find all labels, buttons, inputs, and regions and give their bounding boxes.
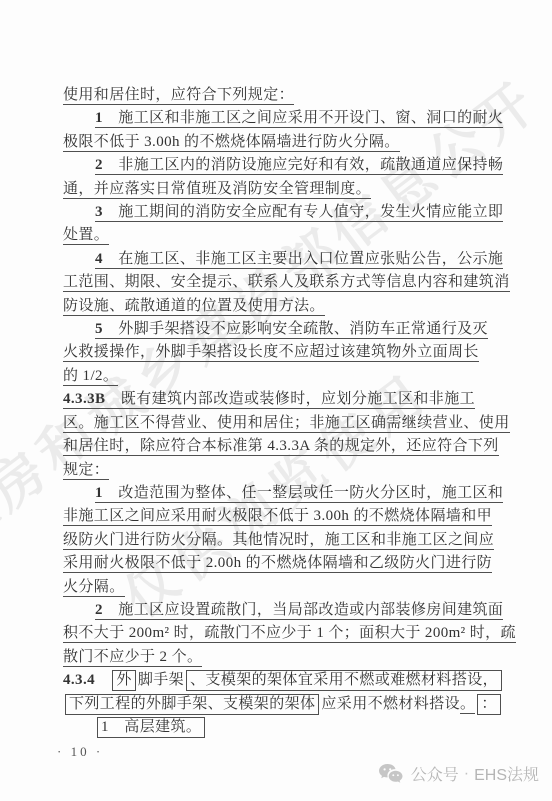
text-segment: 既有建筑内部改造或装修时，应划分施工区和非施工 xyxy=(105,391,475,409)
text-line: 使用和居住时，应符合下列规定： xyxy=(63,84,518,107)
text-line: 防设施、疏散通道的位置及使用方法。 xyxy=(63,295,518,318)
wechat-icon xyxy=(377,763,404,785)
text-segment: 的 1/2。 xyxy=(63,368,118,386)
text-segment: 防设施、疏散通道的位置及使用方法。 xyxy=(63,298,325,316)
text-segment: 规定： xyxy=(63,462,109,480)
text-segment: 在施工区、非施工区主要出入口位置应张贴公告，公示施 xyxy=(103,251,503,269)
text-line: 级防火门进行防火分隔。其他情况时，施工区和非施工区之间应 xyxy=(63,529,518,552)
text-line: 散门不应少于 2 个。 xyxy=(63,646,518,669)
revision-box: 、支模架的架体宜采用不燃或难燃材料搭设， xyxy=(186,670,502,691)
text-line: 通，并应落实日常值班及消防安全管理制度。 xyxy=(63,178,518,201)
page-number: · 10 · xyxy=(57,744,103,760)
text-segment: 2 xyxy=(95,157,103,175)
text-segment: 外脚手架搭设不应影响安全疏散、消防车正常通行及灭 xyxy=(103,321,488,339)
text-line: 2 施工区应设置疏散门，当局部改造或内部装修房间建筑面 xyxy=(63,599,518,622)
text-segment: 施工区应设置疏散门，当局部改造或内部装修房间建筑面 xyxy=(103,602,503,620)
text-line: 火分隔。 xyxy=(63,576,518,599)
badge-account-label: 公众号 xyxy=(411,762,459,785)
badge-account-name: EHS法规 xyxy=(474,762,539,785)
text-line: 区。施工区不得营业、使用和居住；非施工区确需继续营业、使用 xyxy=(63,412,518,435)
document-page: 住房和城乡建设部信息公开 仅供浏览使用 使用和居住时，应符合下列规定：1 施工区… xyxy=(0,0,552,801)
text-line: 2 非施工区内的消防设施应完好和有效，疏散通道应保持畅 xyxy=(63,154,518,177)
text-segment: 应采用不燃材料搭设 xyxy=(321,696,460,712)
badge-separator: · xyxy=(464,765,469,783)
text-segment: 处置。 xyxy=(63,227,109,245)
text-segment: 5 xyxy=(95,321,103,339)
text-segment: 工范围、期限、安全提示、联系人及联系方式等信息内容和建筑消 xyxy=(63,274,510,292)
revision-box: 外 xyxy=(112,670,135,691)
text-segment: 非施工区之间应采用耐火极限不低于 3.00h 的不燃烧体隔墙和甲 xyxy=(63,508,492,526)
text-line: 下列工程的外脚手架、支模架的架体应采用不燃材料搭设。： xyxy=(63,693,518,716)
text-segment: 采用耐火极限不低于 2.00h 的不燃烧体隔墙和乙级防火门进行防 xyxy=(63,555,492,573)
text-line: 的 1/2。 xyxy=(63,365,518,388)
text-line: 1 施工区和非施工区之间应采用不开设门、窗、洞口的耐火 xyxy=(63,107,518,130)
text-segment: 区。施工区不得营业、使用和居住；非施工区确需继续营业、使用 xyxy=(63,415,510,433)
text-segment: 脚手架 xyxy=(138,672,184,688)
revision-box: 下列工程的外脚手架、支模架的架体 xyxy=(65,694,319,715)
text-line: 非施工区之间应采用耐火极限不低于 3.00h 的不燃烧体隔墙和甲 xyxy=(63,505,518,528)
document-body: 使用和居住时，应符合下列规定：1 施工区和非施工区之间应采用不开设门、窗、洞口的… xyxy=(63,84,518,739)
text-line: 5 外脚手架搭设不应影响安全疏散、消防车正常通行及灭 xyxy=(63,318,518,341)
text-line: 3 施工期间的消防安全应配有专人值守，发生火情应能立即 xyxy=(63,201,518,224)
text-segment: 4 xyxy=(95,251,103,269)
text-line: 采用耐火极限不低于 2.00h 的不燃烧体隔墙和乙级防火门进行防 xyxy=(63,552,518,575)
text-segment: 散门不应少于 2 个。 xyxy=(63,649,202,667)
text-line: 处置。 xyxy=(63,224,518,247)
text-segment: 积不大于 200m² 时，疏散门不应少于 1 个；面积大于 200m² 时，疏 xyxy=(63,625,516,643)
text-line: 工范围、期限、安全提示、联系人及联系方式等信息内容和建筑消 xyxy=(63,271,518,294)
text-segment: 。 xyxy=(460,696,475,714)
text-line: 极限不低于 3.00h 的不燃烧体隔墙进行防火分隔。 xyxy=(63,131,518,154)
text-line: 规定： xyxy=(63,459,518,482)
revision-box: 1 高层建筑。 xyxy=(97,717,205,738)
text-segment: 4.3.4 xyxy=(63,672,95,688)
text-segment: 使用和居住时，应符合下列规定： xyxy=(63,87,294,105)
revision-box: ： xyxy=(477,694,500,715)
text-line: 4.3.4 外脚手架、支模架的架体宜采用不燃或难燃材料搭设， xyxy=(63,669,518,692)
wechat-official-account-badge: 公众号 · EHS法规 xyxy=(377,762,539,785)
text-line: 火救援操作，外脚手架搭设长度不应超过该建筑物外立面周长 xyxy=(63,341,518,364)
text-line: 1 高层建筑。 xyxy=(63,716,518,739)
text-line: 和居住时，除应符合本标准第 4.3.3A 条的规定外，还应符合下列 xyxy=(63,435,518,458)
text-segment: 1 xyxy=(95,485,103,503)
text-segment: 4.3.3B xyxy=(63,391,105,409)
text-segment: 通，并应落实日常值班及消防安全管理制度。 xyxy=(63,181,371,199)
text-segment: 极限不低于 3.00h 的不燃烧体隔墙进行防火分隔。 xyxy=(63,134,400,152)
text-segment: 火救援操作，外脚手架搭设长度不应超过该建筑物外立面周长 xyxy=(63,344,479,362)
text-segment: 和居住时，除应符合本标准第 4.3.3A 条的规定外，还应符合下列 xyxy=(63,438,499,456)
text-segment: 改造范围为整体、任一整层或任一防火分区时，施工区和 xyxy=(103,485,503,503)
text-line: 4 在施工区、非施工区主要出入口位置应张贴公告，公示施 xyxy=(63,248,518,271)
text-segment: 3 xyxy=(95,204,103,222)
text-segment: 非施工区内的消防设施应完好和有效，疏散通道应保持畅 xyxy=(103,157,503,175)
text-segment: 施工区和非施工区之间应采用不开设门、窗、洞口的耐火 xyxy=(103,110,503,128)
text-segment: 级防火门进行防火分隔。其他情况时，施工区和非施工区之间应 xyxy=(63,532,494,550)
text-segment xyxy=(95,672,110,688)
text-segment: 1 xyxy=(95,110,103,128)
text-line: 4.3.3B 既有建筑内部改造或装修时，应划分施工区和非施工 xyxy=(63,388,518,411)
text-line: 积不大于 200m² 时，疏散门不应少于 1 个；面积大于 200m² 时，疏 xyxy=(63,622,518,645)
text-segment: 施工期间的消防安全应配有专人值守，发生火情应能立即 xyxy=(103,204,503,222)
text-segment: 2 xyxy=(95,602,103,620)
text-segment: 火分隔。 xyxy=(63,579,125,597)
text-line: 1 改造范围为整体、任一整层或任一防火分区时，施工区和 xyxy=(63,482,518,505)
